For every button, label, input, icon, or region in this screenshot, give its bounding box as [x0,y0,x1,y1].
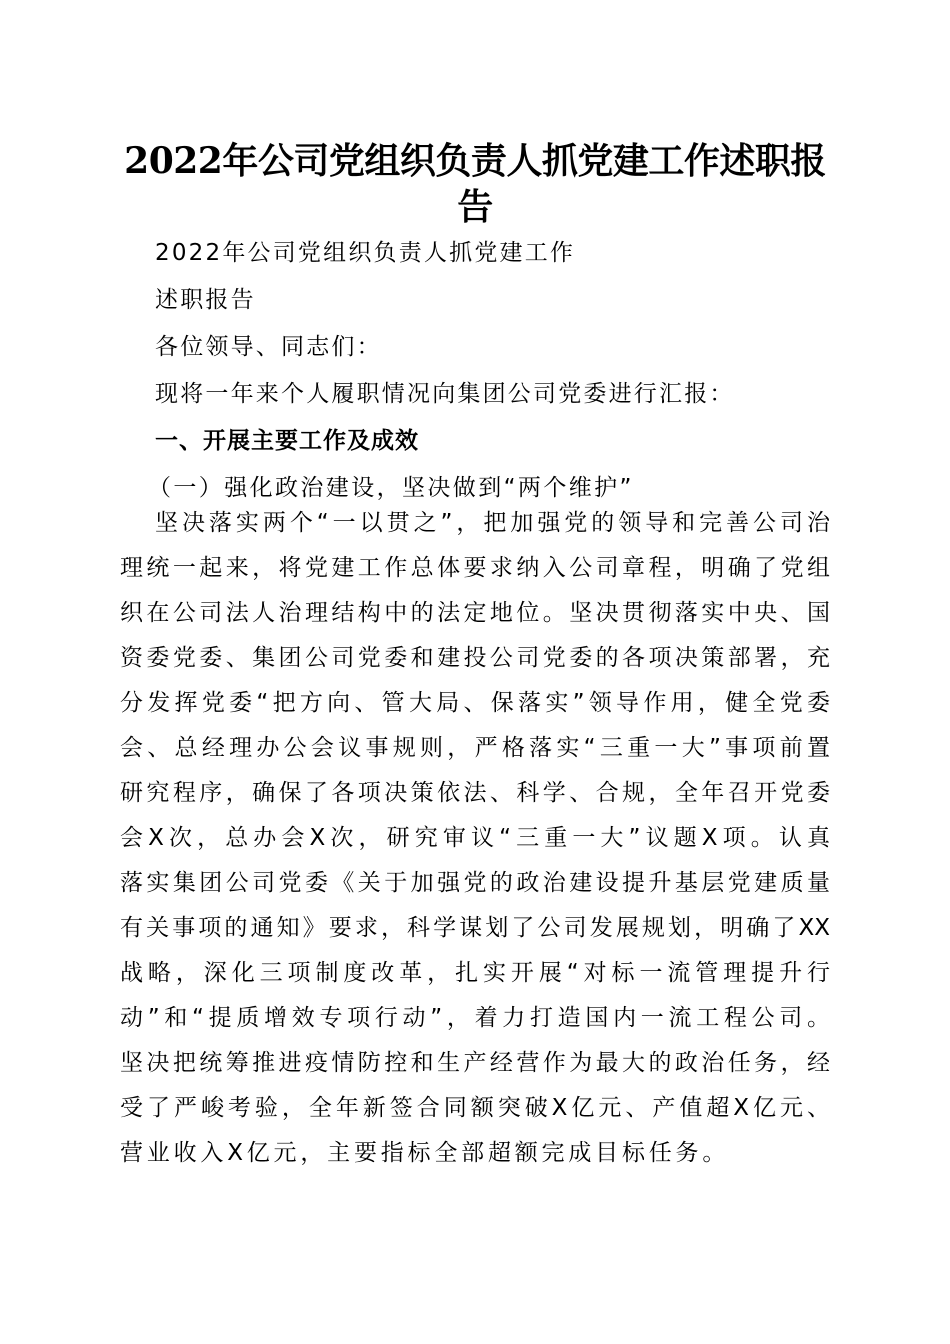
paragraph-line: 受了严峻考验，全年新签合同额突破X亿元、产值超X亿元、 [120,1093,830,1123]
paragraph-line: 会X次，总办会X次，研究审议“三重一大”议题X项。认真 [120,823,830,853]
paragraph-line: 动”和“提质增效专项行动”，着力打造国内一流工程公司。 [120,1003,830,1033]
paragraph-line: 战略，深化三项制度改革，扎实开展“对标一流管理提升行 [120,958,830,988]
paragraph-line: 坚决落实两个“一以贯之”，把加强党的领导和完善公司治 [155,508,830,538]
paragraph-line: 营业收入X亿元，主要指标全部超额完成目标任务。 [120,1138,830,1168]
document-title-line-1: 2022年公司党组织负责人抓党建工作述职报 [110,138,840,184]
document-title: 2022年公司党组织负责人抓党建工作述职报 告 [110,138,840,230]
paragraph-line: 资委党委、集团公司党委和建投公司党委的各项决策部署，充 [120,643,830,673]
paragraph-line: 分发挥党委“把方向、管大局、保落实”领导作用，健全党委 [120,688,830,718]
paragraph-line: 织在公司法人治理结构中的法定地位。坚决贯彻落实中央、国 [120,598,830,628]
subtitle-line-1: 2022年公司党组织负责人抓党建工作 [155,238,575,268]
document-title-line-2: 告 [110,184,840,230]
section-heading-1: 一、开展主要工作及成效 [155,426,419,456]
opening-statement: 现将一年来个人履职情况向集团公司党委进行汇报： [155,379,735,409]
paragraph-line: 会、总经理办公会议事规则，严格落实“三重一大”事项前置 [120,733,830,763]
subtitle-line-2: 述职报告 [155,285,256,315]
subsection-heading-1: （一）强化政治建设，坚决做到“两个维护” [148,473,634,503]
paragraph-line: 研究程序，确保了各项决策依法、科学、合规，全年召开党委 [120,778,830,808]
paragraph-line: 理统一起来，将党建工作总体要求纳入公司章程，明确了党组 [120,553,830,583]
paragraph-line: 坚决把统筹推进疫情防控和生产经营作为最大的政治任务，经 [120,1048,830,1078]
document-page: 2022年公司党组织负责人抓党建工作述职报 告 2022年公司党组织负责人抓党建… [0,0,950,1344]
paragraph-line: 落实集团公司党委《关于加强党的政治建设提升基层党建质量 [120,868,830,898]
paragraph-line: 有关事项的通知》要求，科学谋划了公司发展规划，明确了XX [120,913,830,943]
salutation: 各位领导、同志们： [155,332,382,362]
